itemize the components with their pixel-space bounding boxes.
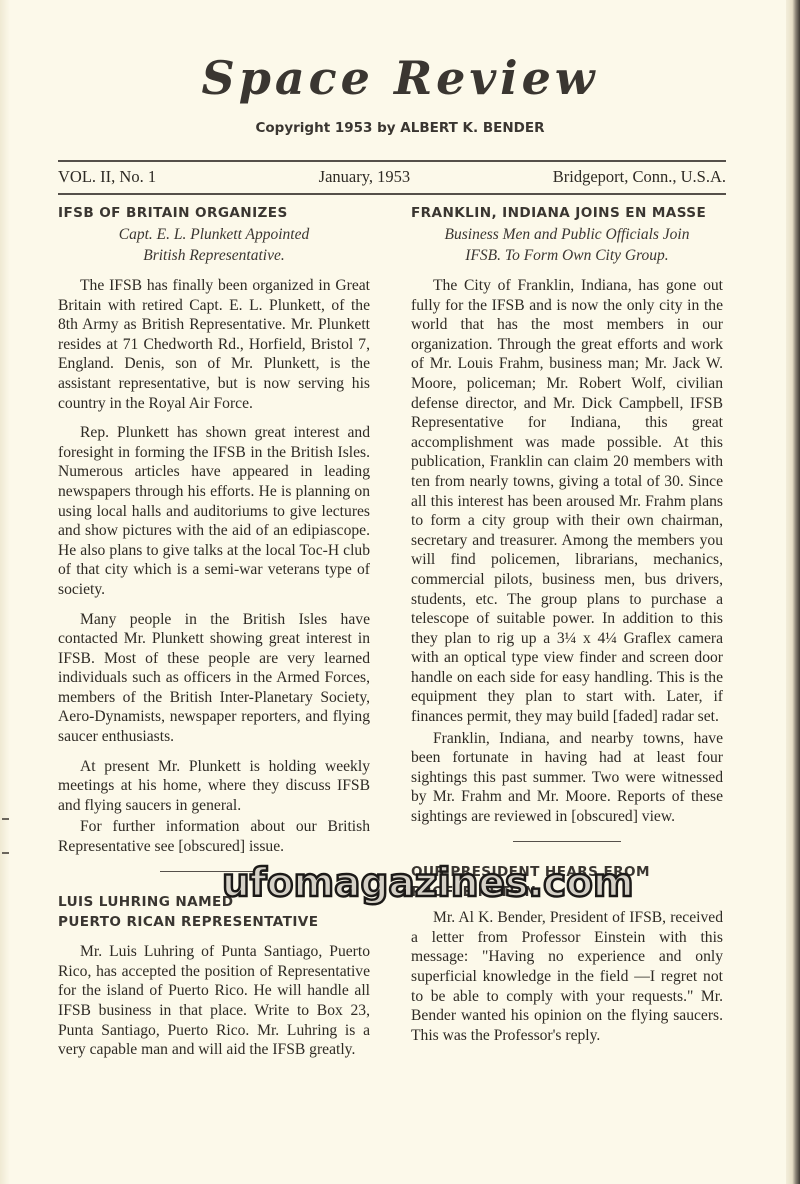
subhead-line: British Representative. [58, 245, 370, 266]
article-britain: IFSB OF BRITAIN ORGANIZES Capt. E. L. Pl… [58, 203, 370, 857]
volume-number: VOL. II, No. 1 [58, 167, 156, 187]
left-column: IFSB OF BRITAIN ORGANIZES Capt. E. L. Pl… [58, 203, 370, 1060]
page-binding-edge [786, 0, 800, 1184]
masthead-rule-bottom [58, 193, 726, 195]
subhead-line: IFSB. To Form Own City Group. [411, 245, 723, 266]
margin-mark [2, 818, 9, 820]
publication-location: Bridgeport, Conn., U.S.A. [553, 167, 726, 187]
article-paragraph: Franklin, Indiana, and nearby towns, hav… [411, 729, 723, 827]
watermark-logo: ufomagazines.com [222, 862, 634, 906]
subhead-line: Business Men and Public Officials Join [411, 224, 723, 245]
article-puerto-rico: LUIS LUHRING NAMED PUERTO RICAN REPRESEN… [58, 892, 370, 1060]
masthead-rule-top [58, 160, 726, 162]
issue-info-bar: VOL. II, No. 1 January, 1953 Bridgeport,… [58, 163, 726, 191]
article-paragraph: At present Mr. Plunkett is holding weekl… [58, 757, 370, 816]
article-paragraph: The IFSB has finally been organized in G… [58, 276, 370, 413]
article-paragraph: Mr. Luis Luhring of Punta Santiago, Puer… [58, 942, 370, 1060]
publication-title: Space Review [0, 50, 800, 106]
margin-mark [2, 852, 9, 854]
issue-date: January, 1953 [319, 167, 411, 187]
article-paragraph: Mr. Al K. Bender, President of IFSB, rec… [411, 908, 723, 1045]
article-paragraph: Many people in the British Isles have co… [58, 610, 370, 747]
subhead-line: Capt. E. L. Plunkett Appointed [58, 224, 370, 245]
article-franklin: FRANKLIN, INDIANA JOINS EN MASSE Busines… [411, 203, 723, 827]
article-paragraph: Rep. Plunkett has shown great interest a… [58, 423, 370, 599]
article-headline: IFSB OF BRITAIN ORGANIZES [58, 203, 370, 223]
article-headline: PUERTO RICAN REPRESENTATIVE [58, 912, 370, 932]
masthead: Space Review Copyright 1953 by ALBERT K.… [0, 50, 800, 136]
article-subhead: Business Men and Public Officials Join I… [411, 224, 723, 266]
article-paragraph: For further information about our Britis… [58, 817, 370, 856]
article-subhead: Capt. E. L. Plunkett Appointed British R… [58, 224, 370, 266]
copyright-line: Copyright 1953 by ALBERT K. BENDER [0, 120, 800, 136]
article-separator [513, 841, 621, 843]
page-left-shadow [0, 0, 10, 1184]
article-paragraph: The City of Franklin, Indiana, has gone … [411, 276, 723, 727]
right-column: FRANKLIN, INDIANA JOINS EN MASSE Busines… [411, 203, 723, 1045]
article-headline: FRANKLIN, INDIANA JOINS EN MASSE [411, 203, 723, 223]
